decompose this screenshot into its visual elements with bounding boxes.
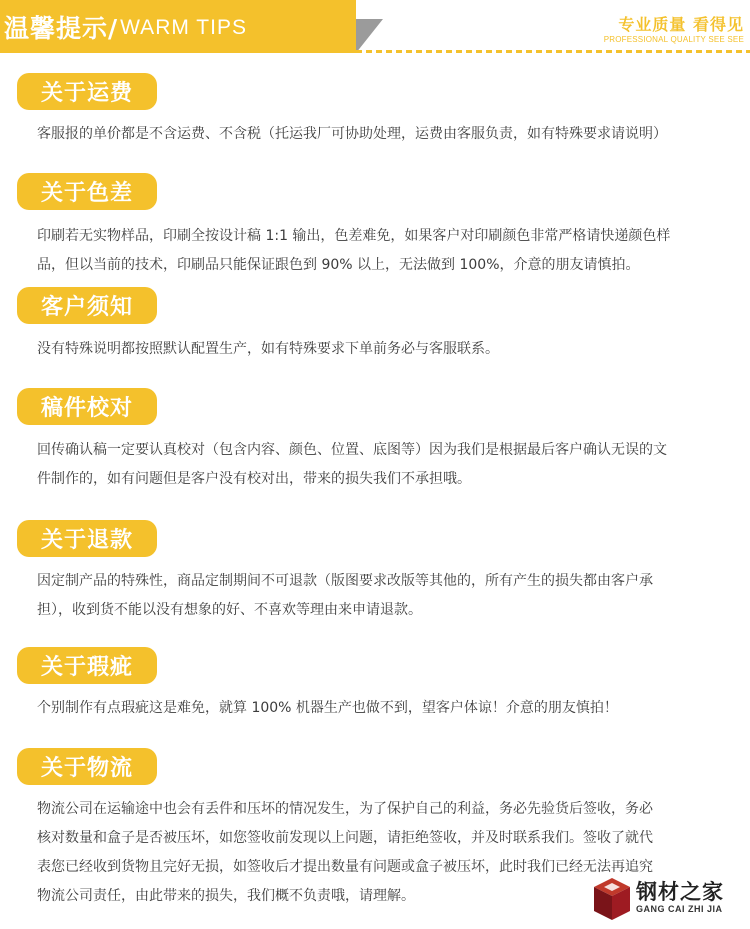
section-badge: 稿件校对 [17, 388, 157, 425]
text-line: 担），收到货不能以没有想象的好、不喜欢等理由来申请退款。 [37, 596, 737, 625]
text-line: 因定制产品的特殊性，商品定制期间不可退款（版图要求改版等其他的，所有产生的损失都… [37, 567, 737, 596]
cube-logo-icon [592, 874, 632, 922]
header-title-bar: 温馨提示/ WARM TIPS [0, 0, 356, 53]
section-text: 回传确认稿一定要认真校对（包含内容、颜色、位置、底图等）因为我们是根据最后客户确… [37, 436, 737, 494]
brand-logo: 钢材之家 GANG CAI ZHI JIA [592, 874, 742, 922]
text-line: 客服报的单价都是不含运费、不含税（托运我厂可协助处理，运费由客服负责，如有特殊要… [37, 120, 737, 149]
header-slogan: 专业质量 看得见 PROFESSIONAL QUALITY SEE SEE [604, 15, 744, 45]
logo-name-en: GANG CAI ZHI JIA [636, 904, 723, 914]
header-title-cn: 温馨提示/ [4, 9, 118, 45]
section-badge: 关于运费 [17, 73, 157, 110]
header-slogan-en: PROFESSIONAL QUALITY SEE SEE [604, 35, 744, 45]
section-text: 个别制作有点瑕疵这是难免，就算 100% 机器生产也做不到，望客户体谅！介意的朋… [37, 694, 737, 723]
section-badge: 关于退款 [17, 520, 157, 557]
text-line: 印刷若无实物样品，印刷全按设计稿 1:1 输出，色差难免，如果客户对印刷颜色非常… [37, 222, 737, 251]
header-title-en: WARM TIPS [120, 16, 247, 40]
header-triangle-decoration [356, 19, 384, 53]
section-badge: 客户须知 [17, 287, 157, 324]
text-line: 没有特殊说明都按照默认配置生产，如有特殊要求下单前务必与客服联系。 [37, 335, 737, 364]
logo-name-cn: 钢材之家 [636, 876, 724, 906]
header-dotted-line [356, 50, 750, 53]
section-badge: 关于物流 [17, 748, 157, 785]
section-badge: 关于瑕疵 [17, 647, 157, 684]
section-text: 客服报的单价都是不含运费、不含税（托运我厂可协助处理，运费由客服负责，如有特殊要… [37, 120, 737, 149]
text-line: 物流公司在运输途中也会有丢件和压坏的情况发生，为了保护自己的利益，务必先验货后签… [37, 795, 737, 824]
text-line: 件制作的，如有问题但是客户没有校对出，带来的损失我们不承担哦。 [37, 465, 737, 494]
text-line: 品，但以当前的技术，印刷品只能保证跟色到 90% 以上，无法做到 100%，介意… [37, 251, 737, 280]
section-text: 因定制产品的特殊性，商品定制期间不可退款（版图要求改版等其他的，所有产生的损失都… [37, 567, 737, 625]
text-line: 核对数量和盒子是否被压坏，如您签收前发现以上问题，请拒绝签收，并及时联系我们。签… [37, 824, 737, 853]
text-line: 个别制作有点瑕疵这是难免，就算 100% 机器生产也做不到，望客户体谅！介意的朋… [37, 694, 737, 723]
section-text: 没有特殊说明都按照默认配置生产，如有特殊要求下单前务必与客服联系。 [37, 335, 737, 364]
header-slogan-cn: 专业质量 看得见 [604, 15, 744, 35]
section-badge: 关于色差 [17, 173, 157, 210]
header-banner: 温馨提示/ WARM TIPS 专业质量 看得见 PROFESSIONAL QU… [0, 0, 750, 56]
section-text: 印刷若无实物样品，印刷全按设计稿 1:1 输出，色差难免，如果客户对印刷颜色非常… [37, 222, 737, 280]
text-line: 回传确认稿一定要认真校对（包含内容、颜色、位置、底图等）因为我们是根据最后客户确… [37, 436, 737, 465]
